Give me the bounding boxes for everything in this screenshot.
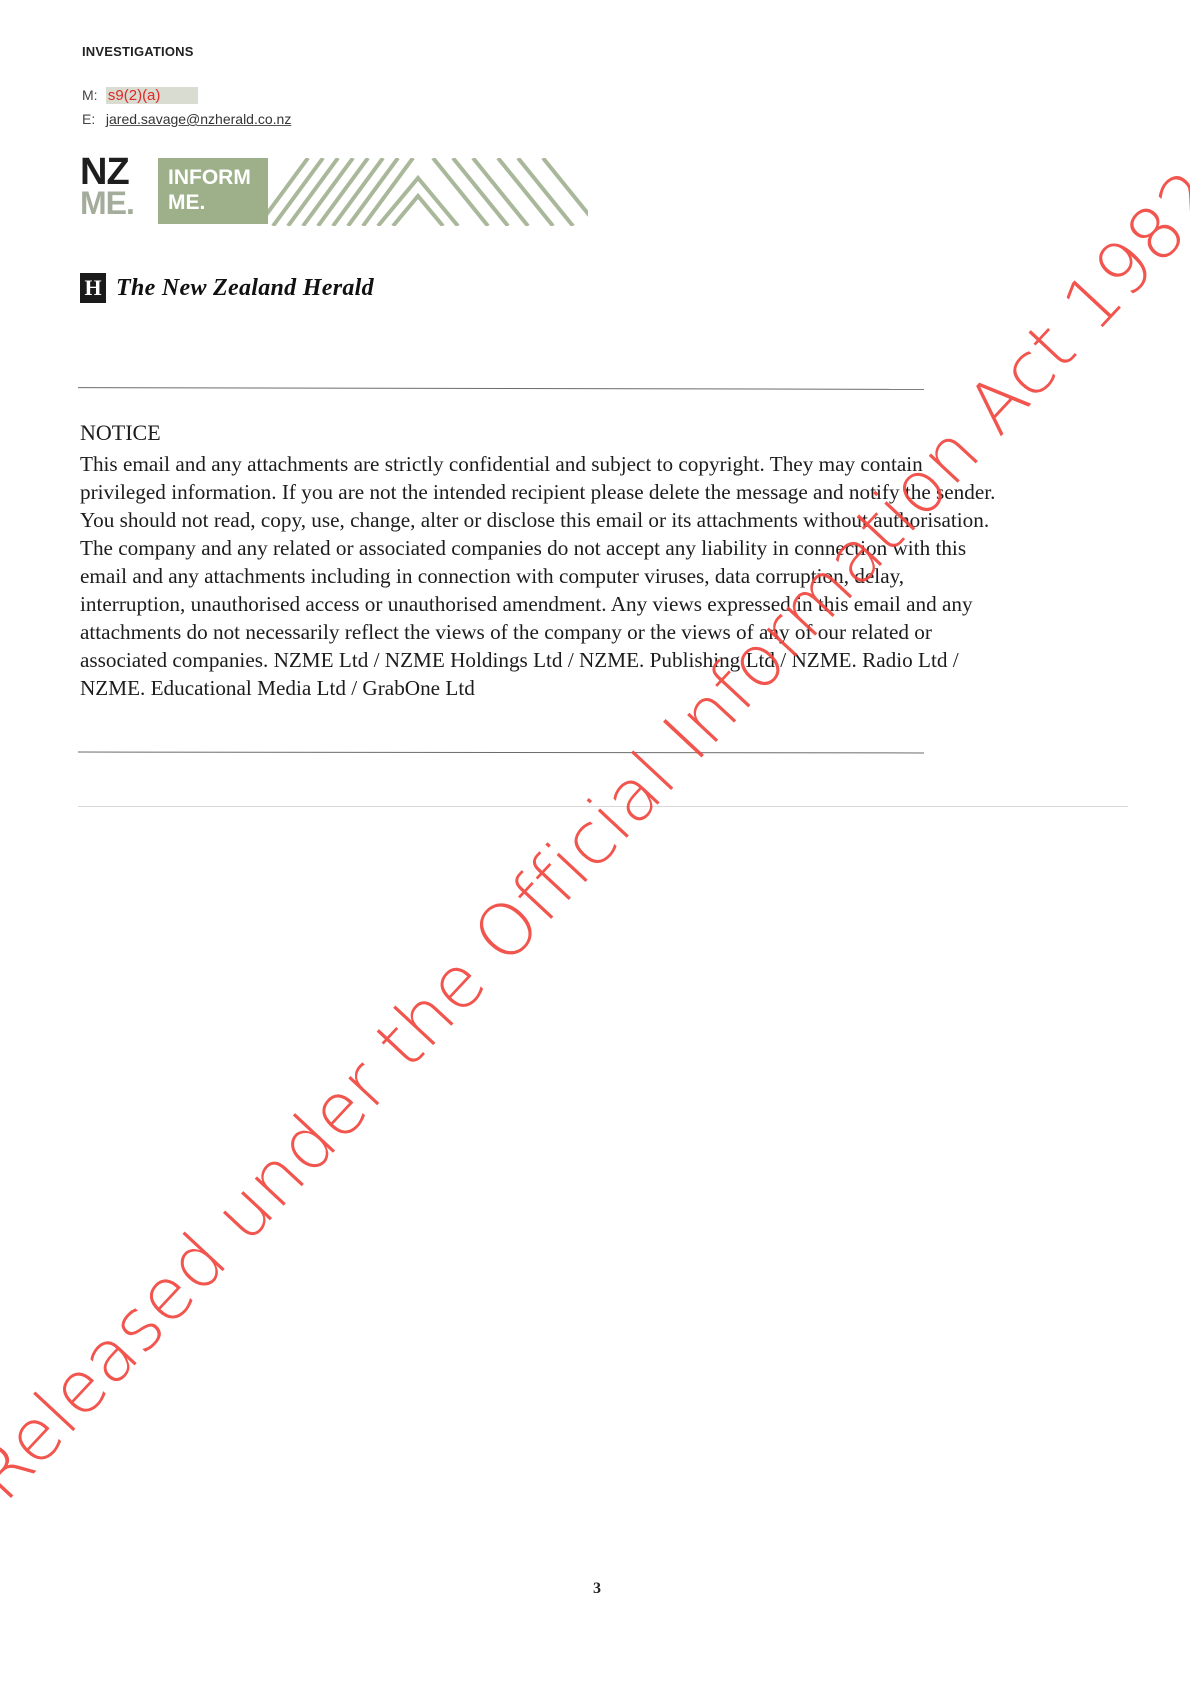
oia-release-watermark: Released under the Official Information …: [0, 154, 1190, 1516]
email-row: E: jared.savage@nzherald.co.nz: [82, 111, 291, 127]
department-label: INVESTIGATIONS: [82, 44, 194, 59]
mobile-label: M:: [82, 87, 102, 103]
email-link[interactable]: jared.savage@nzherald.co.nz: [106, 111, 291, 127]
notice-line: The company and any related or associate…: [80, 534, 1140, 562]
notice-body: This email and any attachments are stric…: [80, 450, 1140, 702]
notice-line: You should not read, copy, use, change, …: [80, 506, 1140, 534]
divider-top: [78, 387, 924, 390]
notice-line: privileged information. If you are not t…: [80, 478, 1140, 506]
notice-line: associated companies. NZME Ltd / NZME Ho…: [80, 646, 1140, 674]
nz-herald-masthead: H The New Zealand Herald: [80, 272, 374, 304]
banner-stripes-graphic: [268, 158, 588, 226]
divider-bottom: [78, 752, 924, 754]
email-label: E:: [82, 111, 102, 127]
notice-line: NZME. Educational Media Ltd / GrabOne Lt…: [80, 674, 1140, 702]
notice-line: email and any attachments including in c…: [80, 562, 1140, 590]
inform-me-banner: INFORM ME.: [158, 158, 268, 224]
redacted-mobile: s9(2)(a): [106, 87, 199, 104]
herald-h-mark: H: [80, 273, 106, 303]
divider-faint: [78, 806, 1128, 807]
notice-title: NOTICE: [80, 420, 161, 446]
herald-title: The New Zealand Herald: [116, 275, 374, 302]
mobile-row: M: s9(2)(a): [82, 87, 198, 104]
inform-me-line2: ME.: [168, 191, 205, 215]
notice-line: attachments do not necessarily reflect t…: [80, 618, 1140, 646]
nzme-logo: NZ ME.: [80, 155, 140, 225]
page-number: 3: [593, 1580, 601, 1598]
inform-me-line1: INFORM: [168, 166, 251, 190]
notice-line: This email and any attachments are stric…: [80, 450, 1140, 478]
nzme-logo-me: ME.: [80, 185, 134, 222]
notice-line: interruption, unauthorised access or una…: [80, 590, 1140, 618]
